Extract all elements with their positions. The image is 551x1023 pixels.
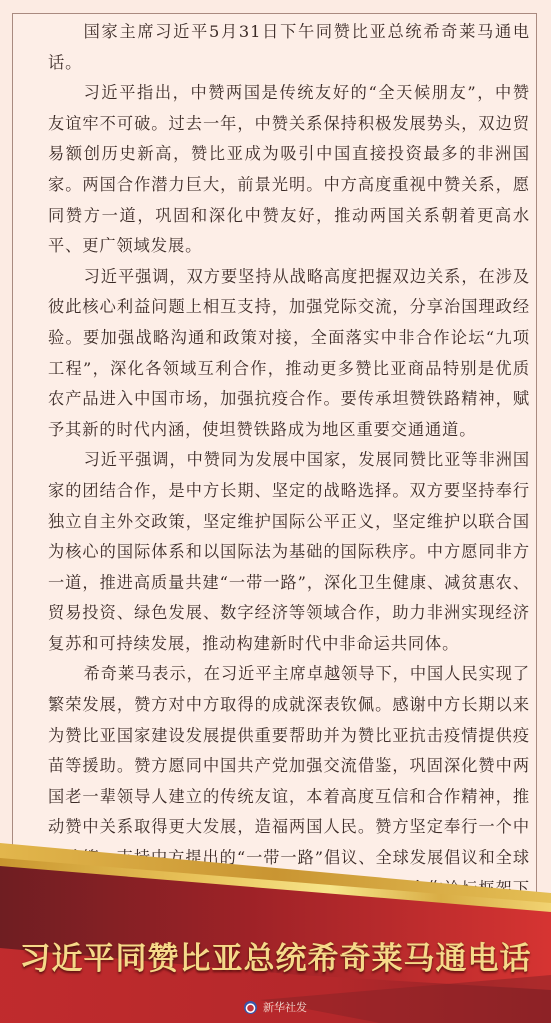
article-paragraph-3: 习近平强调，双方要坚持从战略高度把握双边关系，在涉及彼此核心利益问题上相互支持，… (48, 262, 530, 446)
article-paragraph-4: 习近平强调，中赞同为发展中国家，发展同赞比亚等非洲国家的团结合作，是中方长期、坚… (48, 445, 530, 659)
xinhua-logo-icon (244, 1001, 257, 1014)
source-credit: 新华社发 (0, 999, 551, 1015)
article-paragraph-1: 国家主席习近平5月31日下午同赞比亚总统希奇莱马通电话。 (48, 17, 530, 78)
article-frame: 国家主席习近平5月31日下午同赞比亚总统希奇莱马通电话。 习近平指出，中赞两国是… (12, 13, 537, 913)
source-label: 新华社发 (263, 999, 307, 1015)
article-paragraph-5: 希奇莱马表示，在习近平主席卓越领导下，中国人民实现了繁荣发展，赞方对中方取得的成… (48, 659, 530, 965)
article-paragraph-2: 习近平指出，中赞两国是传统友好的“全天候朋友”，中赞友谊牢不可破。过去一年，中赞… (48, 78, 530, 262)
article-body: 国家主席习近平5月31日下午同赞比亚总统希奇莱马通电话。 习近平指出，中赞两国是… (48, 17, 530, 965)
